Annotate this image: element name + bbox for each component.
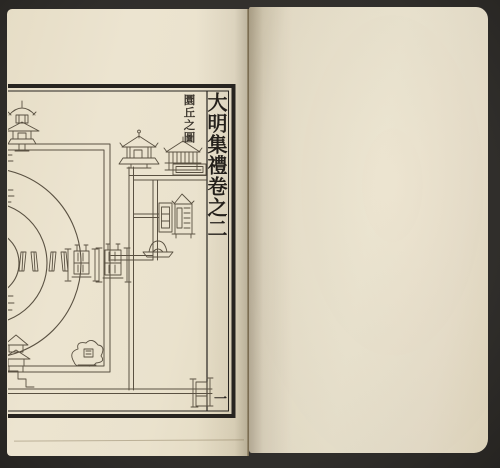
volume-title: 大明集禮卷之二 bbox=[206, 92, 226, 239]
diagram-caption: 圜丘之圖 bbox=[183, 94, 195, 144]
right-page-crease-shadow bbox=[249, 7, 488, 453]
page-number-mark: 一 bbox=[214, 388, 227, 407]
right-page-blank bbox=[249, 7, 488, 453]
